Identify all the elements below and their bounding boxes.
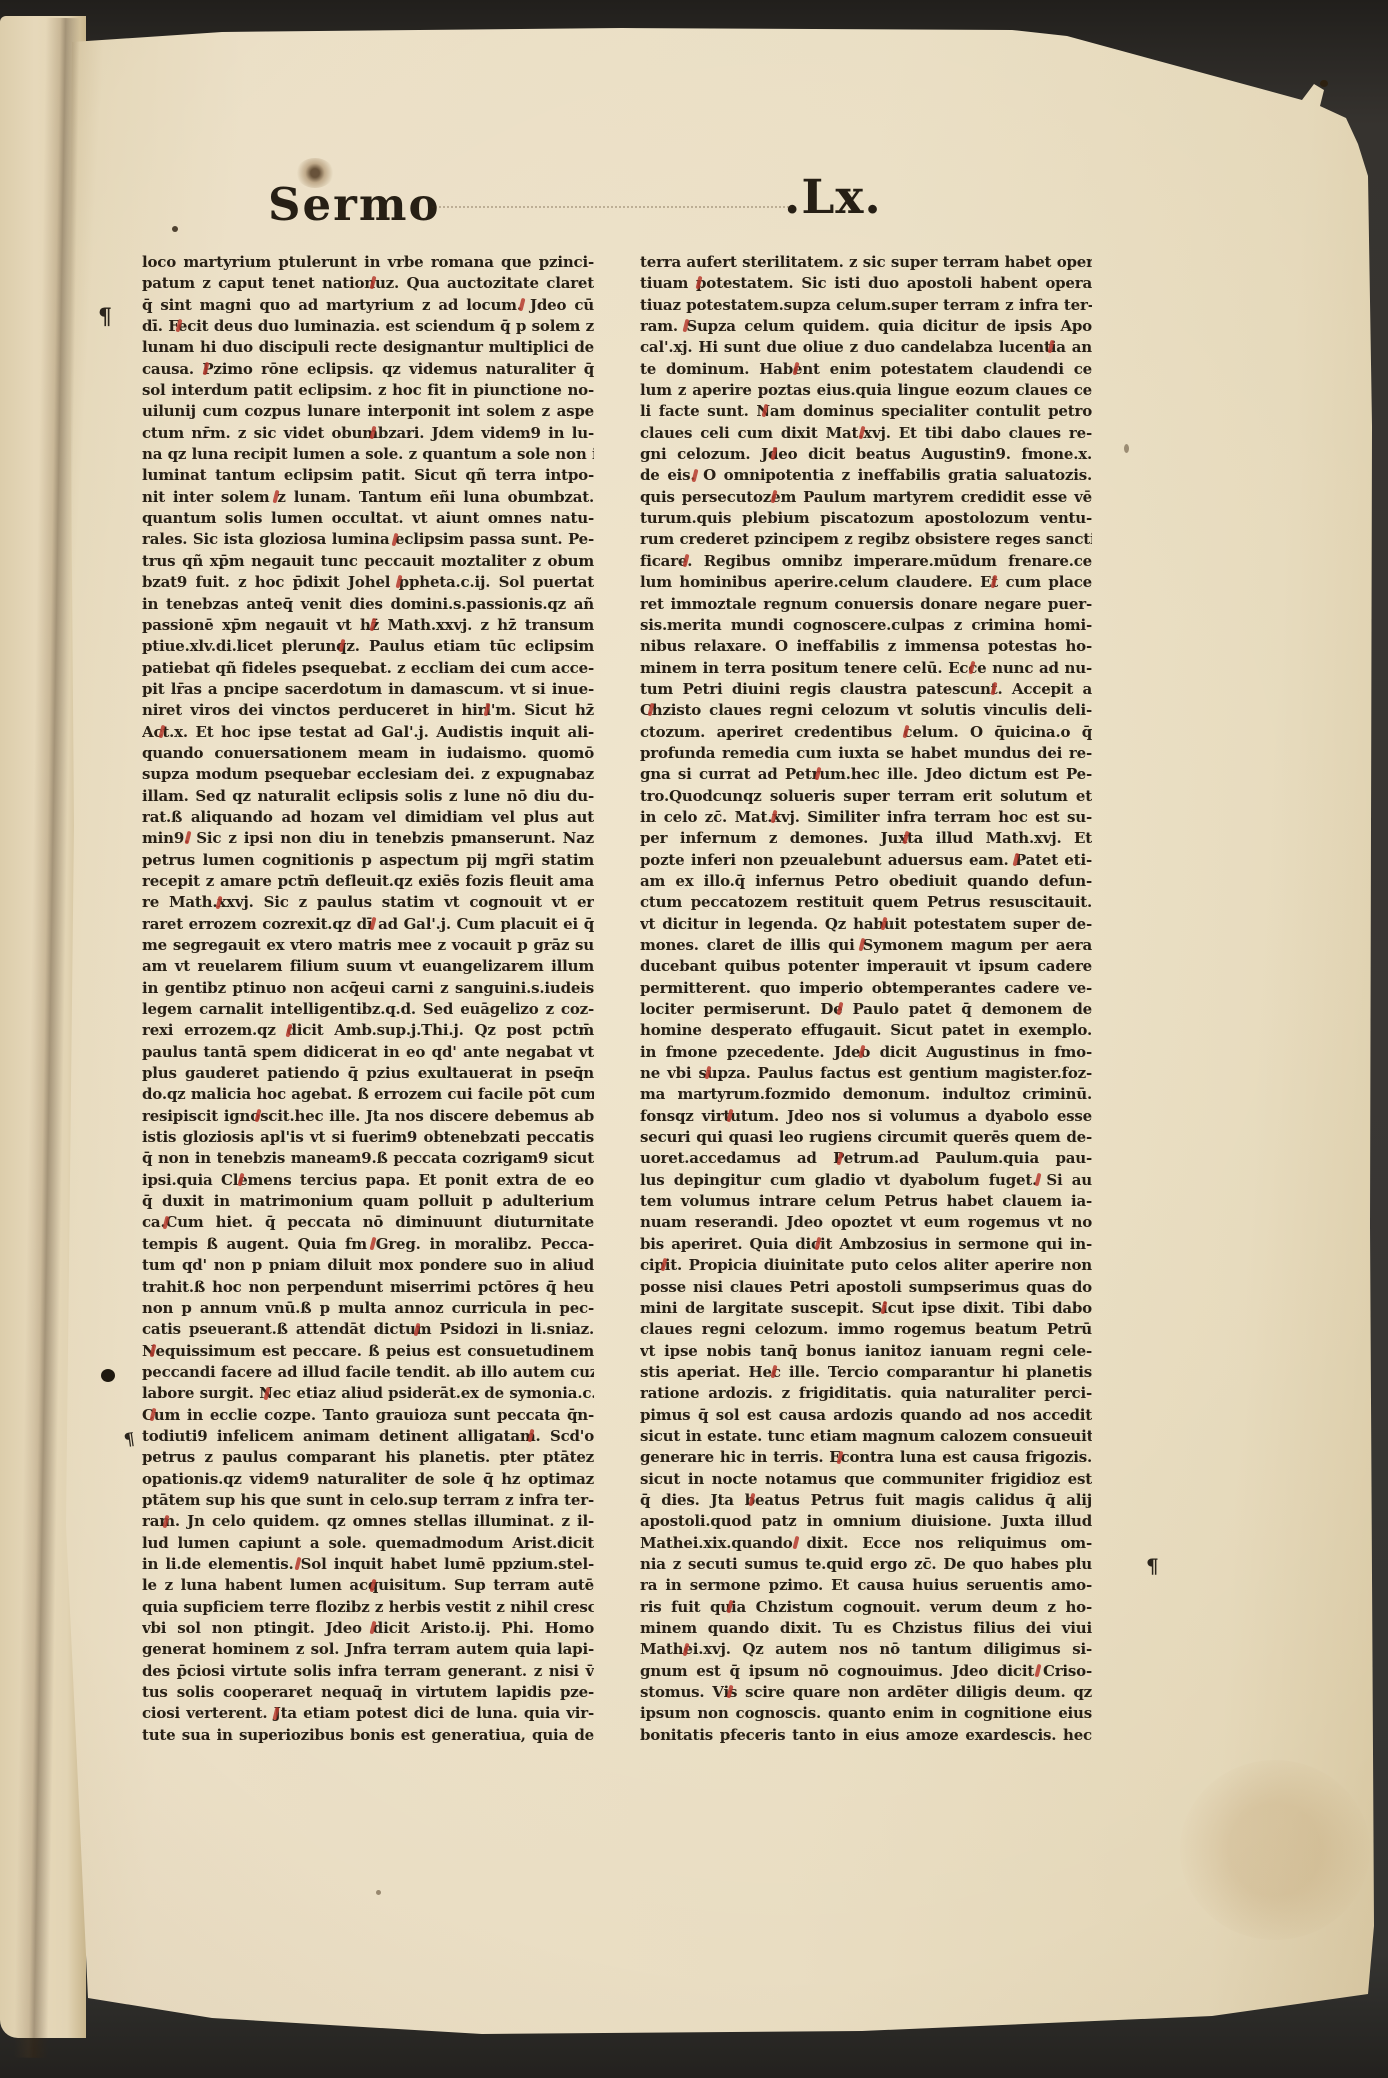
text-line: causa. Pzimo rōne eclipsis. qz videmus n…: [142, 359, 594, 380]
text-line: mini de largitate suscepit. Sicut ipse d…: [640, 1298, 1092, 1319]
text-line: istis gloziosis apl'is vt si fuerim9 obt…: [142, 1127, 594, 1148]
text-line: ram. Supza celum quidem. quia dicitur de…: [640, 316, 1092, 337]
paraph-mark-icon: ¶: [98, 304, 112, 330]
text-line: in celo zc̄. Mat.xvj. Similiter infra te…: [640, 807, 1092, 828]
text-line: tiuam potestatem. Sic isti duo apostoli …: [640, 273, 1092, 294]
text-line: patum z caput tenet nationuz. Qua auctoz…: [142, 273, 594, 294]
text-line: patiebat qñ fideles psequebat. z eccliam…: [142, 658, 594, 679]
text-line: vbi sol non ptingit. Jdeo dicit Aristo.i…: [142, 1618, 594, 1639]
text-line: ptātem sup his que sunt in celo.sup terr…: [142, 1490, 594, 1511]
text-line: q̄ dies. Jta beatus Petrus fuit magis ca…: [640, 1490, 1092, 1511]
text-line: in li.de elementis. Sol inquit habet lum…: [142, 1554, 594, 1575]
text-line: generat hominem z sol. Jnfra terram aute…: [142, 1639, 594, 1660]
text-line: claues celi cum dixit Mat.xvj. Et tibi d…: [640, 423, 1092, 444]
text-line: lociter permiserunt. De Paulo patet q̄ d…: [640, 999, 1092, 1020]
text-line: ipsi.quia Clemens tercius papa. Et ponit…: [142, 1170, 594, 1191]
text-line: in gentibz ptinuo non acq̄eui carni z sa…: [142, 978, 594, 999]
text-line: sicut in nocte notamus que communiter fr…: [640, 1469, 1092, 1490]
text-line: q̄ sint magni quo ad martyrium z ad locu…: [142, 295, 594, 316]
text-line: illam. Sed qz naturalit eclipsis solis z…: [142, 786, 594, 807]
stain: [296, 158, 334, 188]
text-line: turum.quis plebium piscatozum apostolozu…: [640, 508, 1092, 529]
text-line: passionē xp̄m negauit vt hz̄ Math.xxvj. …: [142, 615, 594, 636]
text-line: trus qñ xp̄m negauit tunc peccauit mozta…: [142, 551, 594, 572]
speck: [1124, 444, 1129, 453]
text-line: plus gauderet patiendo q̄ pzius exultaue…: [142, 1063, 594, 1084]
text-line: ratione ardozis. z frigiditatis. quia na…: [640, 1383, 1092, 1404]
text-line: quis persecutozem Paulum martyrem credid…: [640, 487, 1092, 508]
text-line: tus solis cooperaret nequaq̄ in virtutem…: [142, 1682, 594, 1703]
text-line: ra in sermone pzimo. Et causa huius seru…: [640, 1575, 1092, 1596]
text-line: pozte inferi non pzeualebunt aduersus ea…: [640, 850, 1092, 871]
text-line: ducebant quibus potenter imperauit vt ip…: [640, 956, 1092, 977]
text-line: nibus relaxare. O ineffabilis z immensa …: [640, 636, 1092, 657]
text-line: am ex illo.q̄ infernus Petro obediuit qu…: [640, 871, 1092, 892]
speck: [376, 1890, 381, 1895]
text-line: q̄ duxit in matrimonium quam polluit p a…: [142, 1191, 594, 1212]
text-line: pit lr̄as a pncipe sacerdotum in damascu…: [142, 679, 594, 700]
text-line: labore surgit. Nec etiaz aliud psiderāt.…: [142, 1383, 594, 1404]
text-line: quantum solis lumen occultat. vt aiunt o…: [142, 508, 594, 529]
text-line: ma martyrum.fozmido demonum. indultoz cr…: [640, 1084, 1092, 1105]
text-line: quia supficiem terre flozibz z herbis ve…: [142, 1597, 594, 1618]
text-line: te dominum. Habent enim potestatem claud…: [640, 359, 1092, 380]
text-line: tum qd' non p pniam diluit mox pondere s…: [142, 1255, 594, 1276]
text-line: ciosi verterent. Jta etiam potest dici d…: [142, 1703, 594, 1724]
text-line: paulus tantā spem didicerat in eo qd' an…: [142, 1042, 594, 1063]
text-line: niret viros dei vinctos perduceret in hi…: [142, 700, 594, 721]
show-through-marks: [432, 206, 792, 208]
text-line: rales. Sic ista gloziosa lumina eclipsim…: [142, 529, 594, 550]
text-line: tro.Quodcunqz solueris super terram erit…: [640, 786, 1092, 807]
text-line: tum Petri diuini regis claustra patescun…: [640, 679, 1092, 700]
text-line: minem quando dixit. Tu es Chzistus filiu…: [640, 1618, 1092, 1639]
text-line: profunda remedia cum iuxta se habet mund…: [640, 743, 1092, 764]
text-line: opationis.qz videm9 naturaliter de sole …: [142, 1469, 594, 1490]
text-line: legem carnalit intelligentibz.q.d. Sed e…: [142, 999, 594, 1020]
text-line: trahit.ß hoc non perpendunt miserrimi pc…: [142, 1277, 594, 1298]
text-line: luminat tantum eclipsim patit. Sicut qñ …: [142, 465, 594, 486]
text-line: quando conuersationem meam in iudaismo. …: [142, 743, 594, 764]
text-line: ca.Cum hiet. q̄ peccata nō diminuunt diu…: [142, 1212, 594, 1233]
text-line: re Math.xxvj. Sic z paulus statim vt cog…: [142, 892, 594, 913]
text-line: tute sua in superiozibus bonis est gener…: [142, 1725, 594, 1746]
text-line: min9. Sic z ipsi non diu in tenebzis pma…: [142, 828, 594, 849]
speck: [1320, 80, 1328, 87]
text-line: cal'.xj. Hi sunt due oliue z duo candela…: [640, 337, 1092, 358]
text-line: tiuaz potestatem.supza celum.super terra…: [640, 295, 1092, 316]
text-line: petrus z paulus comparant his planetis. …: [142, 1447, 594, 1468]
text-line: des p̄ciosi virtute solis infra terram g…: [142, 1661, 594, 1682]
text-line: loco martyrium ptulerunt in vrbe romana …: [142, 252, 594, 273]
text-line: rexi errozem.qz dicit Amb.sup.j.Thi.j. Q…: [142, 1020, 594, 1041]
text-line: stomus. Vis scire quare non ardēter dili…: [640, 1682, 1092, 1703]
text-line: terra aufert sterilitatem. z sic super t…: [640, 252, 1092, 273]
text-line: tempis ß augent. Quia fm Greg. in morali…: [142, 1234, 594, 1255]
text-line: sicut in estate. tunc etiam magnum caloz…: [640, 1426, 1092, 1447]
text-line: lum hominibus aperire.celum claudere. Et…: [640, 572, 1092, 593]
text-line: catis pseuerant.ß attendāt dictum Psidoz…: [142, 1319, 594, 1340]
text-line: bis aperiret. Quia dicit Ambzosius in se…: [640, 1234, 1092, 1255]
text-line: rum crederet pzincipem z regibz obsister…: [640, 529, 1092, 550]
text-line: sol interdum patit eclipsim. z hoc fit i…: [142, 380, 594, 401]
text-line: tem volumus intrare celum Petrus habet c…: [640, 1191, 1092, 1212]
running-title: Sermo: [268, 178, 440, 231]
text-line: ret immoztale regnum conuersis donare ne…: [640, 594, 1092, 615]
text-line: supza modum psequebar ecclesiam dei. z e…: [142, 764, 594, 785]
text-line: gnum est q̄ ipsum nō cognouimus. Jdeo di…: [640, 1661, 1092, 1682]
text-line: rat.ß aliquando ad hozam vel dimidiam ve…: [142, 807, 594, 828]
text-line: Mathei.xix.quando dixit. Ecce nos reliqu…: [640, 1533, 1092, 1554]
text-line: li facte sunt. Nam dominus specialiter c…: [640, 401, 1092, 422]
text-line: mones. claret de illis qui Symonem magum…: [640, 935, 1092, 956]
text-line: lud lumen capiunt a sole. quemadmodum Ar…: [142, 1533, 594, 1554]
text-line: uilunij cum cozpus lunare interponit int…: [142, 401, 594, 422]
stain: [1180, 1760, 1370, 1940]
text-line: Act.x. Et hoc ipse testat ad Gal'.j. Aud…: [142, 722, 594, 743]
text-line: ctozum. aperiret credentibus celum. O q̄…: [640, 722, 1092, 743]
text-line: gni celozum. Jdeo dicit beatus Augustin9…: [640, 444, 1092, 465]
text-line: homine desperato effugauit. Sicut patet …: [640, 1020, 1092, 1041]
text-line: gna si currat ad Petrum.hec ille. Jdeo d…: [640, 764, 1092, 785]
text-line: do.qz malicia hoc agebat. ß errozem cui …: [142, 1084, 594, 1105]
text-line: ptiue.xlv.di.licet plerunqz. Paulus etia…: [142, 636, 594, 657]
text-line: stis aperiat. Hec ille. Tercio comparant…: [640, 1362, 1092, 1383]
text-line: posse nisi claues Petri apostoli sumpser…: [640, 1277, 1092, 1298]
text-line: per infernum z demones. Juxta illud Math…: [640, 828, 1092, 849]
text-line: generare hic in terris. Econtra luna est…: [640, 1447, 1092, 1468]
text-line: lunam hi duo discipuli recte designantur…: [142, 337, 594, 358]
text-line: in tenebzas anteq̄ venit dies domini.s.p…: [142, 594, 594, 615]
text-line: pimus q̄ sol est causa ardozis quando ad…: [640, 1405, 1092, 1426]
text-line: de eis. O omnipotentia z ineffabilis gra…: [640, 465, 1092, 486]
text-line: le z luna habent lumen acquisitum. Sup t…: [142, 1575, 594, 1596]
speck: [172, 226, 178, 232]
text-line: Mathei.xvj. Qz autem nos nō tantum dilig…: [640, 1639, 1092, 1660]
text-line: todiuti9 infelicem animam detinent allig…: [142, 1426, 594, 1447]
text-line: minem in terra positum tenere celū. Ecce…: [640, 658, 1092, 679]
text-line: nuam reserandi. Jdeo opoztet vt eum roge…: [640, 1212, 1092, 1233]
text-line: recepit z amare pctm̄ defleuit.qz exiēs …: [142, 871, 594, 892]
text-line: Cum in ecclie cozpe. Tanto grauioza sunt…: [142, 1405, 594, 1426]
text-line: ctum nr̄m. z sic videt obumbzari. Jdem v…: [142, 423, 594, 444]
text-column-left: loco martyrium ptulerunt in vrbe romana …: [142, 252, 594, 1746]
ink-blot: [101, 1369, 115, 1382]
text-line: uoret.accedamus ad Petrum.ad Paulum.quia…: [640, 1148, 1092, 1169]
text-line: am vt reuelarem filium suum vt euangeliz…: [142, 956, 594, 977]
text-line: cipit. Propicia diuinitate puto celos al…: [640, 1255, 1092, 1276]
text-line: permitterent. quo imperio obtemperantes …: [640, 978, 1092, 999]
text-line: ris fuit quia Chzistum cognouit. verum d…: [640, 1597, 1092, 1618]
text-line: bzat9 fuit. z hoc p̄dixit Johel ppheta.c…: [142, 572, 594, 593]
text-line: securi qui quasi leo rugiens circumit qu…: [640, 1127, 1092, 1148]
text-line: Chzisto claues regni celozum vt solutis …: [640, 700, 1092, 721]
text-line: raret errozem cozrexit.qz dī ad Gal'.j. …: [142, 914, 594, 935]
text-line: q̄ non in tenebzis maneam9.ß peccata coz…: [142, 1148, 594, 1169]
leaf-number: .Lx.: [784, 170, 882, 225]
text-line: nia z secuti sumus te.quid ergo zc̄. De …: [640, 1554, 1092, 1575]
text-line: in fmone pzecedente. Jdeo dicit Augustin…: [640, 1042, 1092, 1063]
text-line: petrus lumen cognitionis p aspectum pij …: [142, 850, 594, 871]
text-line: ctum peccatozem restituit quem Petrus re…: [640, 892, 1092, 913]
text-line: peccandi facere ad illud facile tendit. …: [142, 1362, 594, 1383]
text-line: Nequissimum est peccare. ß peius est con…: [142, 1341, 594, 1362]
text-column-right: terra aufert sterilitatem. z sic super t…: [640, 252, 1092, 1746]
text-line: apostoli.quod patz in omnium diuisione. …: [640, 1511, 1092, 1532]
text-line: fonsqz virtutum. Jdeo nos si volumus a d…: [640, 1106, 1092, 1127]
text-line: ficare. Regibus omnibz imperare.mūdum fr…: [640, 551, 1092, 572]
text-line: nit inter solem z lunam. Tantum eñi luna…: [142, 487, 594, 508]
text-line: claues regni celozum. immo rogemus beatu…: [640, 1319, 1092, 1340]
paraph-mark-icon: ¶: [1146, 1554, 1159, 1578]
photographed-book-scene: Sermo .Lx. loco martyrium ptulerunt in v…: [0, 0, 1388, 2078]
text-line: lus depingitur cum gladio vt dyabolum fu…: [640, 1170, 1092, 1191]
text-line: vt ipse nobis tanq̄ bonus ianitoz ianuam…: [640, 1341, 1092, 1362]
text-line: ipsum non cognoscis. quanto enim in cogn…: [640, 1703, 1092, 1724]
text-line: resipiscit ignoscit.hec ille. Jta nos di…: [142, 1106, 594, 1127]
text-line: sis.merita mundi cognoscere.culpas z cri…: [640, 615, 1092, 636]
text-line: non p annum vnū.ß p multa annoz curricul…: [142, 1298, 594, 1319]
text-line: me segregauit ex vtero matris mee z voca…: [142, 935, 594, 956]
text-line: vt dicitur in legenda. Qz habuit potesta…: [640, 914, 1092, 935]
text-line: dī. Fecit deus duo luminazia. est sciend…: [142, 316, 594, 337]
text-line: lum z aperire poztas eius.quia lingue eo…: [640, 380, 1092, 401]
text-line: bonitatis pfeceris tanto in eius amoze e…: [640, 1725, 1092, 1746]
text-line: na qz luna recipit lumen a sole. z quant…: [142, 444, 594, 465]
text-line: ram. Jn celo quidem. qz omnes stellas il…: [142, 1511, 594, 1532]
